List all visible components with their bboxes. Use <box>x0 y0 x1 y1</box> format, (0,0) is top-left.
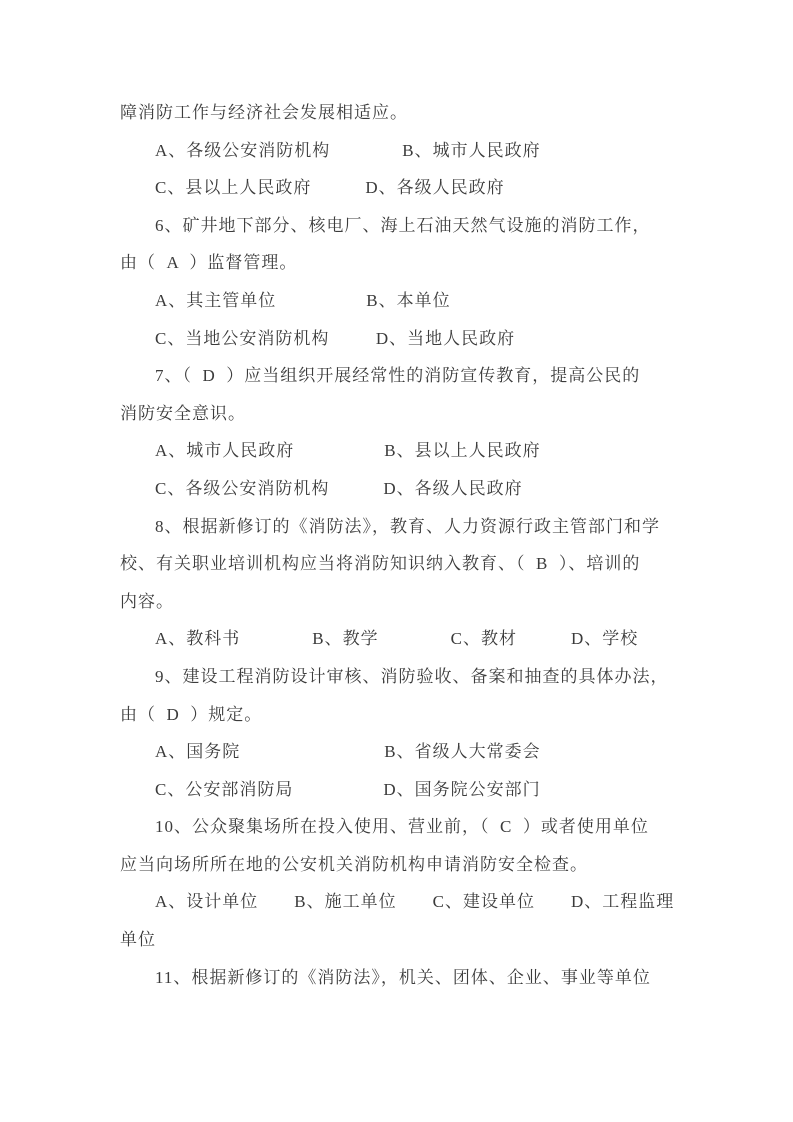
continuation-line: 障消防工作与经济社会发展相适应。 <box>120 94 683 132</box>
continuation-line: 由（ D ）规定。 <box>120 696 683 734</box>
continuation-line: 由（ A ）监督管理。 <box>120 244 683 282</box>
options-line: C、当地公安消防机构 D、当地人民政府 <box>155 320 683 358</box>
continuation-line: 内容。 <box>120 583 683 621</box>
question-line: 9、建设工程消防设计审核、消防验收、备案和抽查的具体办法， <box>155 658 683 696</box>
document-page: 障消防工作与经济社会发展相适应。A、各级公安消防机构 B、城市人民政府C、县以上… <box>0 0 793 1122</box>
question-line: 11、根据新修订的《消防法》，机关、团体、企业、事业等单位 <box>155 959 683 997</box>
continuation-line: 应当向场所所在地的公安机关消防机构申请消防安全检查。 <box>120 846 683 884</box>
continuation-line: 消防安全意识。 <box>120 395 683 433</box>
options-line: C、县以上人民政府 D、各级人民政府 <box>155 169 683 207</box>
options-line: A、教科书 B、教学 C、教材 D、学校 <box>155 620 683 658</box>
document-text-block: 障消防工作与经济社会发展相适应。A、各级公安消防机构 B、城市人民政府C、县以上… <box>120 94 683 996</box>
continuation-line: 单位 <box>120 921 683 959</box>
options-line: A、城市人民政府 B、县以上人民政府 <box>155 432 683 470</box>
options-line: C、公安部消防局 D、国务院公安部门 <box>155 771 683 809</box>
question-line: 8、根据新修订的《消防法》，教育、人力资源行政主管部门和学 <box>155 508 683 546</box>
options-line: A、其主管单位 B、本单位 <box>155 282 683 320</box>
options-line: A、各级公安消防机构 B、城市人民政府 <box>155 132 683 170</box>
question-line: 6、矿井地下部分、核电厂、海上石油天然气设施的消防工作， <box>155 207 683 245</box>
options-line: A、设计单位 B、施工单位 C、建设单位 D、工程监理 <box>155 883 683 921</box>
continuation-line: 校、有关职业培训机构应当将消防知识纳入教育、（ B ）、培训的 <box>120 545 683 583</box>
question-line: 10、公众聚集场所在投入使用、营业前，（ C ）或者使用单位 <box>155 808 683 846</box>
options-line: A、国务院 B、省级人大常委会 <box>155 733 683 771</box>
options-line: C、各级公安消防机构 D、各级人民政府 <box>155 470 683 508</box>
question-line: 7、（ D ）应当组织开展经常性的消防宣传教育，提高公民的 <box>155 357 683 395</box>
